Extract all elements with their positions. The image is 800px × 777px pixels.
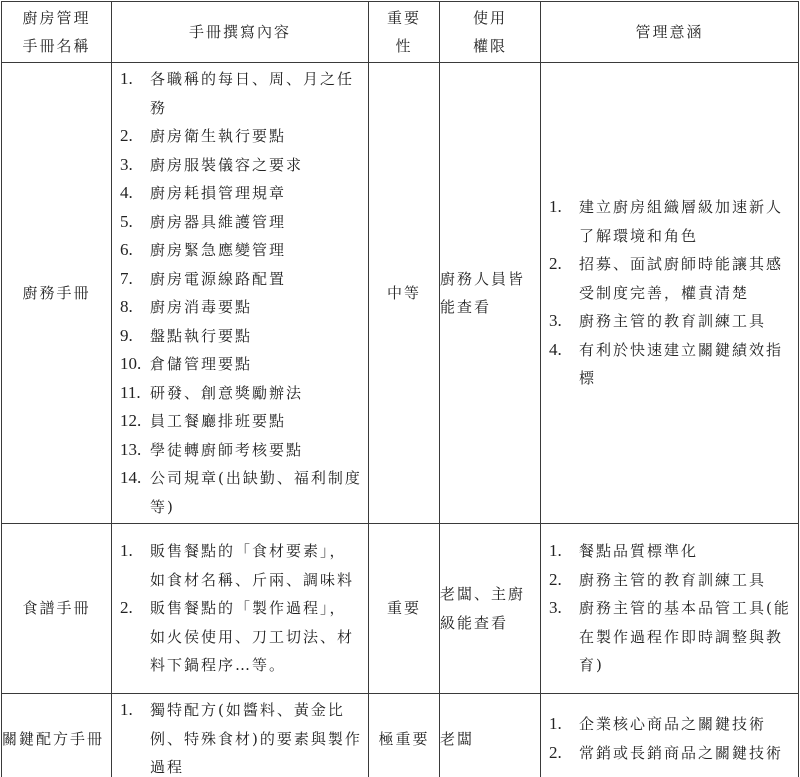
- list-item-text: 各職稱的每日、周、月之任務: [150, 70, 354, 117]
- list-item: 14.公司規章(出缺勤、福利制度等): [120, 464, 362, 521]
- list-item-number: 13.: [120, 436, 141, 465]
- list-item: 3.廚務主管的基本品管工具(能在製作過程作即時調整與教育): [549, 594, 792, 680]
- manual-name: 關鍵配方手冊: [2, 730, 104, 748]
- manual-name-cell: 廚務手冊: [2, 63, 112, 524]
- list-item-text: 廚務主管的教育訓練工具: [579, 312, 766, 330]
- importance-value: 極重要: [378, 730, 429, 748]
- list-item-number: 14.: [120, 464, 141, 493]
- list-item-number: 5.: [120, 208, 133, 237]
- list-item-text: 廚房電源線路配置: [150, 270, 286, 288]
- list-item: 2.廚務主管的教育訓練工具: [549, 566, 792, 595]
- list-item-number: 2.: [120, 122, 133, 151]
- content-list: 1.各職稱的每日、周、月之任務2.廚房衛生執行要點3.廚房服裝儀容之要求4.廚房…: [112, 63, 368, 523]
- content-cell: 1.各職稱的每日、周、月之任務2.廚房衛生執行要點3.廚房服裝儀容之要求4.廚房…: [112, 63, 369, 524]
- list-item-text: 廚房衛生執行要點: [150, 127, 286, 145]
- list-item: 2.常銷或長銷商品之關鍵技術: [549, 739, 792, 768]
- importance-cell: 重要: [369, 524, 440, 694]
- list-item: 1.建立廚房組織層級加速新人了解環境和角色: [549, 193, 792, 250]
- list-item: 2.販售餐點的「製作過程」，如火侯使用、刀工切法、材料下鍋程序…等。: [120, 594, 362, 680]
- list-item-text: 有利於快速建立關鍵績效指標: [579, 341, 783, 388]
- list-item-text: 廚務主管的基本品管工具(能在製作過程作即時調整與教育): [579, 599, 791, 674]
- header-row: 廚房管理手冊名稱 手冊撰寫內容 重要性 使用權限 管理意涵: [2, 2, 799, 63]
- list-item: 4.有利於快速建立關鍵績效指標: [549, 336, 792, 393]
- meaning-cell: 1.餐點品質標準化2.廚務主管的教育訓練工具3.廚務主管的基本品管工具(能在製作…: [541, 524, 799, 694]
- list-item-number: 10.: [120, 350, 141, 379]
- list-item-text: 廚務主管的教育訓練工具: [579, 571, 766, 589]
- list-item-number: 1.: [549, 710, 562, 739]
- list-item-number: 2.: [120, 594, 133, 623]
- list-item: 1.企業核心商品之關鍵技術: [549, 710, 792, 739]
- list-item: 3.廚房服裝儀容之要求: [120, 151, 362, 180]
- access-value: 廚務人員皆能查看: [440, 270, 525, 317]
- list-item-text: 獨特配方(如醬料、黃金比例、特殊食材)的要素與製作過程: [150, 701, 362, 776]
- list-item-number: 2.: [549, 566, 562, 595]
- importance-cell: 極重要: [369, 694, 440, 777]
- list-item: 9.盤點執行要點: [120, 322, 362, 351]
- header-meaning-text: 管理意涵: [635, 23, 703, 41]
- importance-value: 中等: [387, 284, 421, 302]
- list-item: 10.倉儲管理要點: [120, 350, 362, 379]
- access-value: 老闆: [440, 730, 474, 748]
- content-list: 1.獨特配方(如醬料、黃金比例、特殊食材)的要素與製作過程: [112, 694, 368, 777]
- list-item-text: 販售餐點的「食材要素」，如食材名稱、斤兩、調味料: [150, 542, 354, 589]
- list-item: 3.廚務主管的教育訓練工具: [549, 307, 792, 336]
- meaning-list: 1.企業核心商品之關鍵技術2.常銷或長銷商品之關鍵技術: [541, 708, 798, 769]
- header-importance-text: 重要性: [387, 9, 421, 56]
- manual-name-cell: 食譜手冊: [2, 524, 112, 694]
- list-item-number: 2.: [549, 739, 562, 768]
- list-item-text: 企業核心商品之關鍵技術: [579, 715, 766, 733]
- manual-name: 廚務手冊: [22, 284, 90, 302]
- list-item: 2.廚房衛生執行要點: [120, 122, 362, 151]
- content-cell: 1.獨特配方(如醬料、黃金比例、特殊食材)的要素與製作過程: [112, 694, 369, 777]
- list-item-number: 4.: [549, 336, 562, 365]
- list-item-number: 3.: [120, 151, 133, 180]
- importance-cell: 中等: [369, 63, 440, 524]
- list-item-number: 1.: [120, 537, 133, 566]
- list-item-number: 8.: [120, 293, 133, 322]
- importance-value: 重要: [387, 599, 421, 617]
- header-content: 手冊撰寫內容: [112, 2, 369, 63]
- list-item: 13.學徒轉廚師考核要點: [120, 436, 362, 465]
- list-item-text: 員工餐廳排班要點: [150, 412, 286, 430]
- list-item: 1.獨特配方(如醬料、黃金比例、特殊食材)的要素與製作過程: [120, 696, 362, 777]
- list-item-number: 9.: [120, 322, 133, 351]
- meaning-list: 1.餐點品質標準化2.廚務主管的教育訓練工具3.廚務主管的基本品管工具(能在製作…: [541, 535, 798, 682]
- list-item-number: 6.: [120, 236, 133, 265]
- list-item: 2.招募、面試廚師時能讓其感受制度完善，權責清楚: [549, 250, 792, 307]
- list-item-text: 建立廚房組織層級加速新人了解環境和角色: [579, 198, 783, 245]
- list-item-number: 7.: [120, 265, 133, 294]
- access-value: 老闆、主廚級能查看: [440, 585, 525, 632]
- list-item-text: 招募、面試廚師時能讓其感受制度完善，權責清楚: [579, 255, 783, 302]
- content-cell: 1.販售餐點的「食材要素」，如食材名稱、斤兩、調味料2.販售餐點的「製作過程」，…: [112, 524, 369, 694]
- list-item-text: 常銷或長銷商品之關鍵技術: [579, 744, 783, 762]
- header-manual-name-text: 廚房管理手冊名稱: [22, 9, 90, 56]
- list-item: 1.餐點品質標準化: [549, 537, 792, 566]
- list-item-text: 廚房耗損管理規章: [150, 184, 286, 202]
- list-item-number: 1.: [549, 193, 562, 222]
- list-item: 1.各職稱的每日、周、月之任務: [120, 65, 362, 122]
- access-cell: 老闆: [440, 694, 541, 777]
- list-item-number: 11.: [120, 379, 141, 408]
- list-item-text: 研發、創意獎勵辦法: [150, 384, 303, 402]
- header-access: 使用權限: [440, 2, 541, 63]
- header-content-text: 手冊撰寫內容: [189, 23, 291, 41]
- list-item-text: 販售餐點的「製作過程」，如火侯使用、刀工切法、材料下鍋程序…等。: [150, 599, 354, 674]
- manual-name-cell: 關鍵配方手冊: [2, 694, 112, 777]
- list-item: 8.廚房消毒要點: [120, 293, 362, 322]
- list-item-text: 廚房消毒要點: [150, 298, 252, 316]
- list-item: 12.員工餐廳排班要點: [120, 407, 362, 436]
- list-item: 4.廚房耗損管理規章: [120, 179, 362, 208]
- list-item: 5.廚房器具維護管理: [120, 208, 362, 237]
- list-item-text: 廚房器具維護管理: [150, 213, 286, 231]
- content-list: 1.販售餐點的「食材要素」，如食材名稱、斤兩、調味料2.販售餐點的「製作過程」，…: [112, 535, 368, 682]
- list-item-text: 廚房服裝儀容之要求: [150, 156, 303, 174]
- list-item-number: 1.: [549, 537, 562, 566]
- list-item: 7.廚房電源線路配置: [120, 265, 362, 294]
- header-manual-name: 廚房管理手冊名稱: [2, 2, 112, 63]
- list-item-number: 3.: [549, 307, 562, 336]
- list-item: 11.研發、創意獎勵辦法: [120, 379, 362, 408]
- table-row: 廚務手冊 1.各職稱的每日、周、月之任務2.廚房衛生執行要點3.廚房服裝儀容之要…: [2, 63, 799, 524]
- list-item-text: 倉儲管理要點: [150, 355, 252, 373]
- access-cell: 老闆、主廚級能查看: [440, 524, 541, 694]
- list-item-number: 1.: [120, 696, 133, 725]
- list-item: 1.販售餐點的「食材要素」，如食材名稱、斤兩、調味料: [120, 537, 362, 594]
- list-item-text: 學徒轉廚師考核要點: [150, 441, 303, 459]
- header-importance: 重要性: [369, 2, 440, 63]
- access-cell: 廚務人員皆能查看: [440, 63, 541, 524]
- list-item-number: 1.: [120, 65, 133, 94]
- list-item-text: 公司規章(出缺勤、福利制度等): [150, 469, 362, 516]
- table-row: 食譜手冊 1.販售餐點的「食材要素」，如食材名稱、斤兩、調味料2.販售餐點的「製…: [2, 524, 799, 694]
- list-item-number: 2.: [549, 250, 562, 279]
- list-item-number: 4.: [120, 179, 133, 208]
- list-item-number: 3.: [549, 594, 562, 623]
- meaning-cell: 1.企業核心商品之關鍵技術2.常銷或長銷商品之關鍵技術: [541, 694, 799, 777]
- manual-name: 食譜手冊: [22, 599, 90, 617]
- table-body: 廚務手冊 1.各職稱的每日、周、月之任務2.廚房衛生執行要點3.廚房服裝儀容之要…: [2, 63, 799, 777]
- list-item-text: 盤點執行要點: [150, 327, 252, 345]
- header-meaning: 管理意涵: [541, 2, 799, 63]
- list-item: 6.廚房緊急應變管理: [120, 236, 362, 265]
- meaning-cell: 1.建立廚房組織層級加速新人了解環境和角色2.招募、面試廚師時能讓其感受制度完善…: [541, 63, 799, 524]
- list-item-number: 12.: [120, 407, 141, 436]
- meaning-list: 1.建立廚房組織層級加速新人了解環境和角色2.招募、面試廚師時能讓其感受制度完善…: [541, 191, 798, 395]
- kitchen-manual-table: 廚房管理手冊名稱 手冊撰寫內容 重要性 使用權限 管理意涵 廚務手冊 1.各職稱…: [1, 1, 799, 777]
- list-item-text: 廚房緊急應變管理: [150, 241, 286, 259]
- list-item-text: 餐點品質標準化: [579, 542, 698, 560]
- table-row: 關鍵配方手冊 1.獨特配方(如醬料、黃金比例、特殊食材)的要素與製作過程 極重要…: [2, 694, 799, 777]
- header-access-text: 使用權限: [473, 9, 507, 56]
